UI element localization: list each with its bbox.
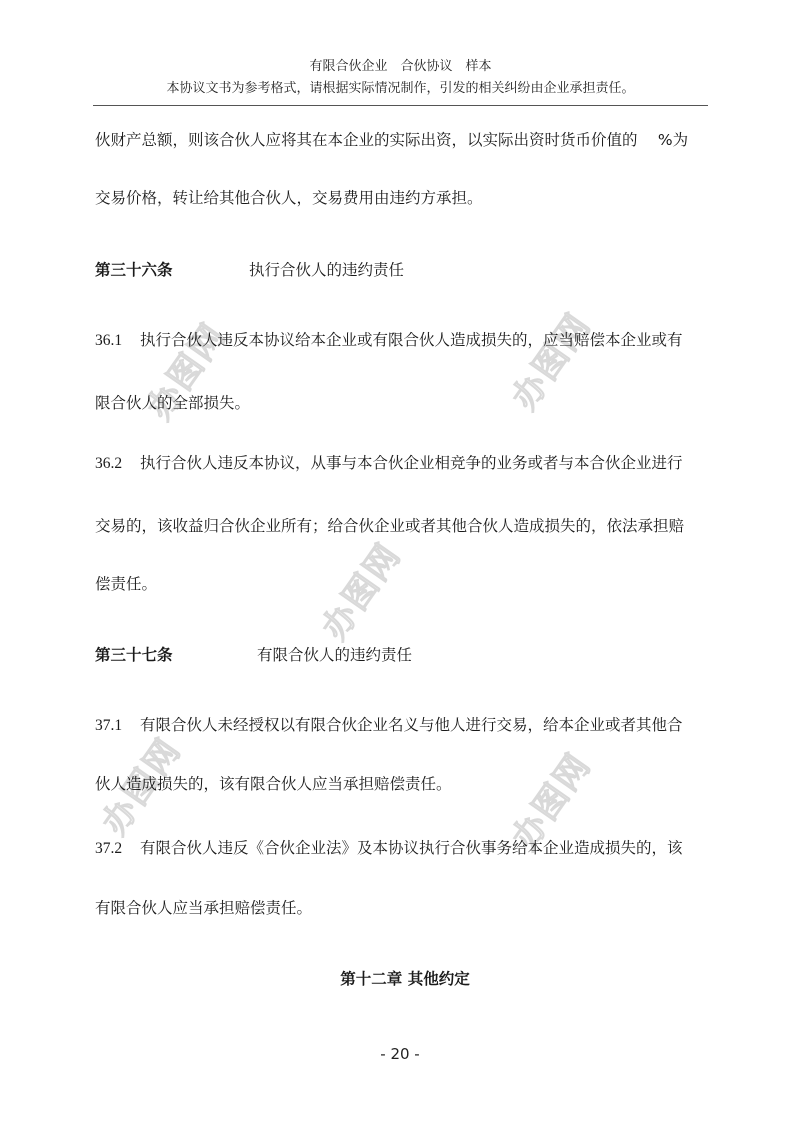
article-number: 第三十七条 — [95, 645, 173, 665]
clause-number: 37.2 — [95, 839, 140, 859]
clause-number: 36.2 — [95, 454, 140, 474]
clause-text: 有限合伙人未经授权以有限合伙企业名义与他人进行交易，给本企业或者其他合 — [140, 716, 683, 734]
paragraph-line: 交易价格，转让给其他合伙人，交易费用由违约方承担。 — [95, 188, 483, 208]
page-header: 有限合伙企业 合伙协议 样本 本协议文书为参考格式，请根据实际情况制作，引发的相… — [93, 56, 708, 100]
header-disclaimer: 本协议文书为参考格式，请根据实际情况制作，引发的相关纠纷由企业承担责任。 — [93, 78, 708, 100]
watermark: 办图网 — [308, 531, 410, 648]
article-title: 执行合伙人的违约责任 — [249, 260, 404, 280]
clause-text: 执行合伙人违反本协议，从事与本合伙企业相竞争的业务或者与本合伙企业进行 — [140, 454, 683, 472]
article-heading: 第三十七条 有限合伙人的违约责任 — [95, 645, 173, 665]
clause-line: 37.2有限合伙人违反《合伙企业法》及本协议执行合伙事务给本企业造成损失的，该 — [95, 838, 683, 859]
clause-number: 36.1 — [95, 331, 140, 351]
clause-line: 交易的，该收益归合伙企业所有；给合伙企业或者其他合伙人造成损失的，依法承担赔 — [95, 516, 684, 536]
page-number: - 20 - — [0, 1044, 800, 1064]
paragraph-line: 伙财产总额，则该合伙人应将其在本企业的实际出资，以实际出资时货币价值的 %为 — [95, 130, 688, 150]
header-divider — [93, 105, 708, 106]
clause-number: 37.1 — [95, 716, 140, 736]
watermark: 办图网 — [498, 301, 600, 418]
clause-line: 伙人造成损失的，该有限合伙人应当承担赔偿责任。 — [95, 774, 452, 794]
clause-text: 执行合伙人违反本协议给本企业或有限合伙人造成损失的，应当赔偿本企业或有 — [140, 331, 683, 349]
article-number: 第三十六条 — [95, 260, 173, 280]
chapter-title: 第十二章 其他约定 — [0, 969, 800, 989]
clause-line: 37.1有限合伙人未经授权以有限合伙企业名义与他人进行交易，给本企业或者其他合 — [95, 715, 683, 736]
article-title: 有限合伙人的违约责任 — [257, 645, 412, 665]
header-title: 有限合伙企业 合伙协议 样本 — [93, 56, 708, 78]
article-heading: 第三十六条 执行合伙人的违约责任 — [95, 260, 173, 280]
clause-line: 有限合伙人应当承担赔偿责任。 — [95, 898, 312, 918]
clause-text: 有限合伙人违反《合伙企业法》及本协议执行合伙事务给本企业造成损失的，该 — [140, 839, 683, 857]
clause-line: 限合伙人的全部损失。 — [95, 393, 250, 413]
clause-line: 偿责任。 — [95, 574, 157, 594]
clause-line: 36.1执行合伙人违反本协议给本企业或有限合伙人造成损失的，应当赔偿本企业或有 — [95, 330, 683, 351]
clause-line: 36.2执行合伙人违反本协议，从事与本合伙企业相竞争的业务或者与本合伙企业进行 — [95, 453, 683, 474]
